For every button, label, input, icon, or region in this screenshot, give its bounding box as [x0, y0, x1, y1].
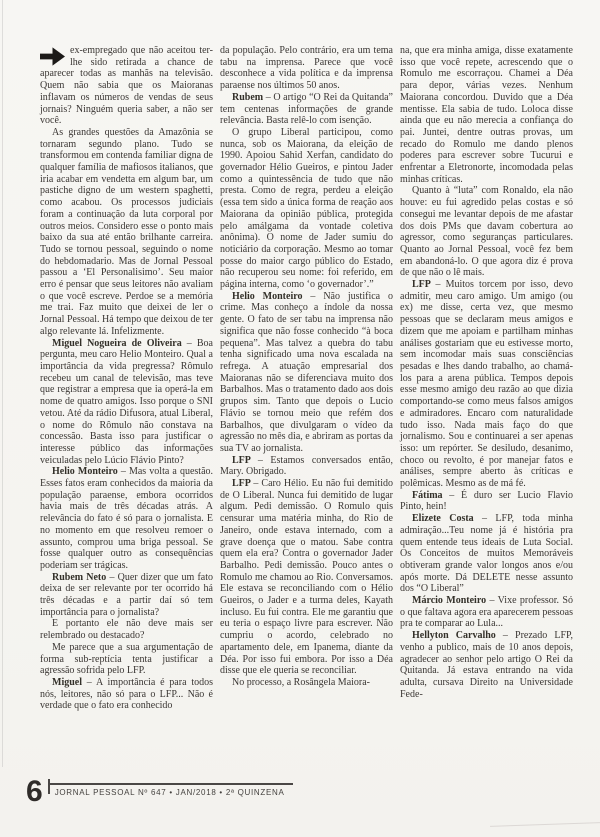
journal-page: ex-empregado que não aceitou ter-lhe sid… [0, 0, 600, 837]
paragraph: As grandes questões da Amazônia se torna… [40, 127, 213, 338]
speaker-name: LFP [412, 279, 435, 290]
speaker-name: Márcio Monteiro [412, 595, 489, 606]
paragraph: LFP – Caro Hélio. Eu não fui demitido de… [220, 478, 393, 677]
paragraph: Elizete Costa – LFP, toda minha admiraçã… [400, 513, 573, 595]
paragraph: Helio Monteiro – Não justifica o crime. … [220, 291, 393, 455]
page-number: 6 [26, 779, 43, 805]
paragraph: Hellyton Carvalho – Prezado LFP, venho a… [400, 630, 573, 700]
speaker-name: Fátima [412, 490, 449, 501]
paragraph: ex-empregado que não aceitou ter-lhe sid… [40, 45, 213, 127]
article-body: ex-empregado que não aceitou ter-lhe sid… [40, 45, 573, 712]
paragraph: Fátima – É duro ser Lucio Flavio Pinto, … [400, 490, 573, 513]
continuation-arrow-icon [40, 46, 65, 67]
speaker-name: Miguel Nogueira de Oliveira [52, 338, 187, 349]
paragraph: No processo, a Rosângela Maiora- [220, 677, 393, 689]
speaker-name: Helio Monteiro [52, 466, 121, 477]
speaker-name: Hellyton Carvalho [412, 630, 503, 641]
speaker-name: LFP [232, 478, 253, 489]
column-2: da população. Pelo contrário, era um tem… [220, 45, 393, 712]
speaker-name: Miguel [52, 677, 87, 688]
paragraph: Miguel – A importância é para todos nós,… [40, 677, 213, 712]
paragraph: Rubem – O artigo “O Rei da Quitanda” tem… [220, 92, 393, 127]
paragraph: Rubem Neto – Quer dizer que um fato deix… [40, 572, 213, 619]
paragraph: Márcio Monteiro – Vixe professor. Só o q… [400, 595, 573, 630]
journal-footer-caption: JORNAL PESSOAL Nº 647 • JAN/2018 • 2ª QU… [50, 783, 293, 797]
paragraph: Miguel Nogueira de Oliveira – Boa pergun… [40, 338, 213, 467]
paragraph: LFP – Muitos torcem por isso, devo admit… [400, 279, 573, 490]
column-1: ex-empregado que não aceitou ter-lhe sid… [40, 45, 213, 712]
column-3: na, que era minha amiga, disse exatament… [400, 45, 573, 712]
paragraph: E portanto ele não deve mais ser relembr… [40, 618, 213, 641]
paragraph: na, que era minha amiga, disse exatament… [400, 45, 573, 185]
paragraph: Quanto à “luta” com Ronaldo, ela não hou… [400, 185, 573, 279]
speaker-name: LFP [232, 455, 258, 466]
speaker-name: Rubem [232, 92, 266, 103]
paragraph: da população. Pelo contrário, era um tem… [220, 45, 393, 92]
page-footer: 6 JORNAL PESSOAL Nº 647 • JAN/2018 • 2ª … [26, 779, 293, 805]
paragraph: O grupo Liberal participou, como nunca, … [220, 127, 393, 291]
speaker-name: Rubem Neto [52, 572, 109, 583]
paragraph: LFP – Estamos conversados então, Mary. O… [220, 455, 393, 478]
paragraph: Helio Monteiro – Mas volta a questão. Es… [40, 466, 213, 571]
speaker-name: Elizete Costa [412, 513, 482, 524]
speaker-name: Helio Monteiro [232, 291, 310, 302]
paragraph: Me parece que a sua argumentação de form… [40, 642, 213, 677]
